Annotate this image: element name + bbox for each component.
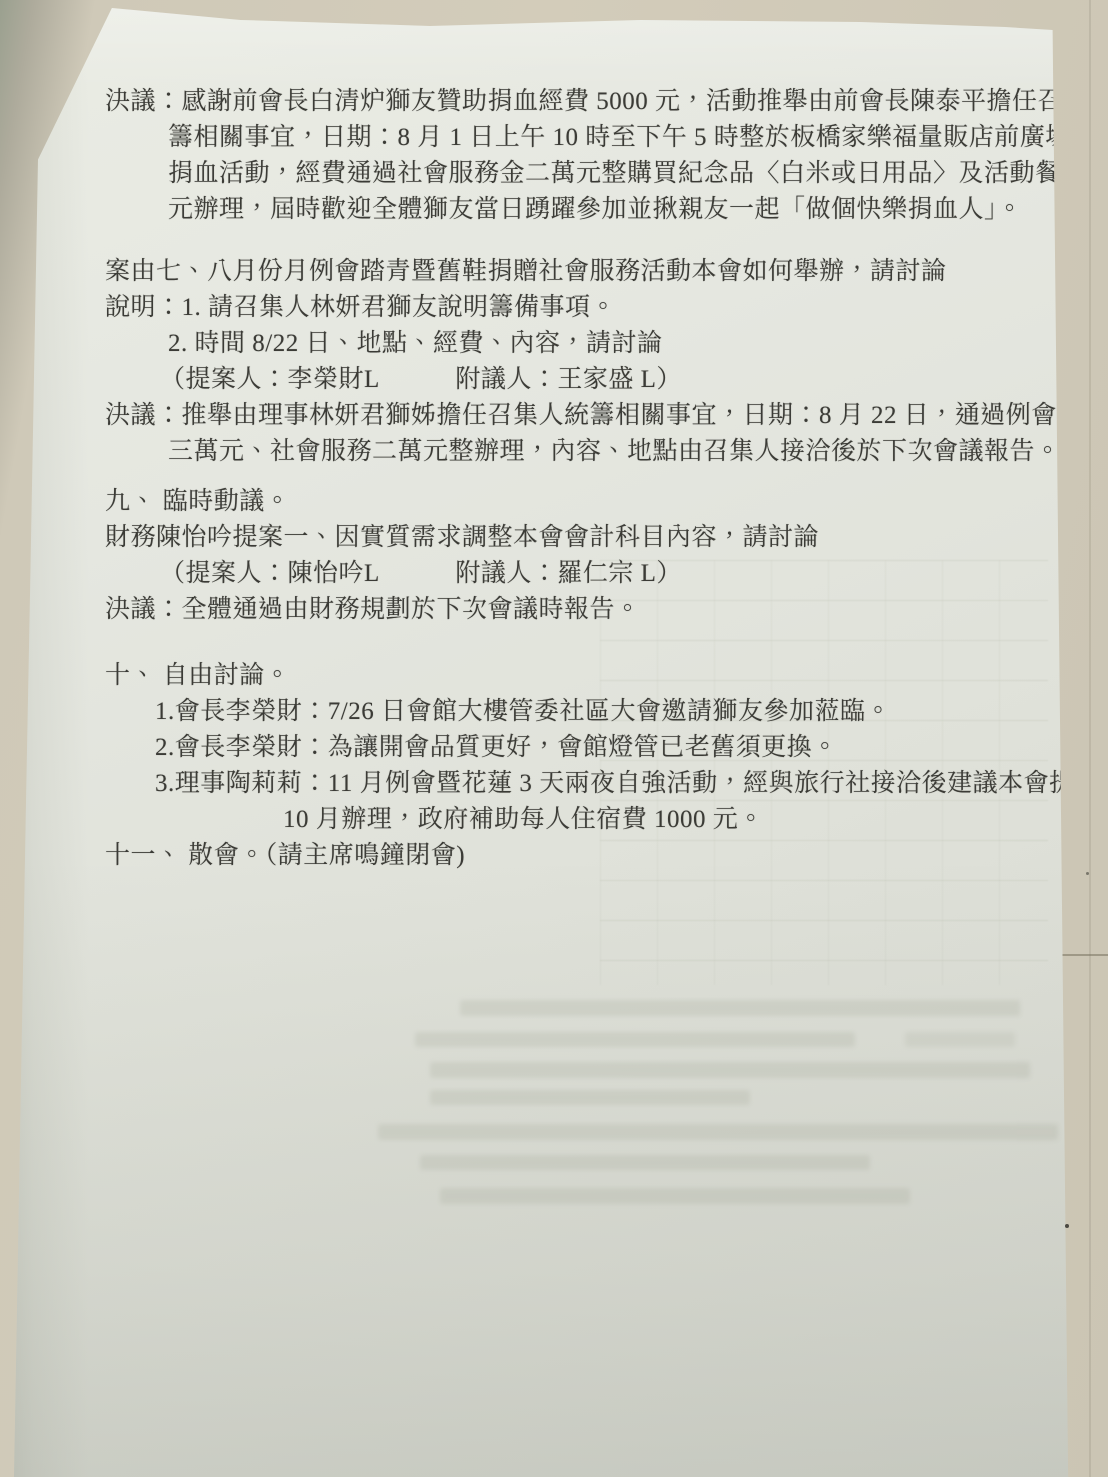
photo-scene: 決議：感謝前會長白清炉獅友贊助捐血經費 5000 元，活動推舉由前會長陳泰平擔任… <box>0 0 1108 1477</box>
document-line-resolution-case6: 決議：感謝前會長白清炉獅友贊助捐血經費 5000 元，活動推舉由前會長陳泰平擔任… <box>0 84 1108 120</box>
paper-sheet: 決議：感謝前會長白清炉獅友贊助捐血經費 5000 元，活動推舉由前會長陳泰平擔任… <box>0 0 1108 1477</box>
document-line-discussion-2: 2.會長李榮財：為讓開會品質更好，會館燈管已老舊須更換。 <box>0 730 1108 766</box>
document-line-discussion-3: 3.理事陶莉莉：11 月例會暨花蓮 3 天兩夜自強活動，經與旅行社接洽後建議本會… <box>0 766 1108 802</box>
document-line-motion: 財務陳怡吟提案一、因實質需求調整本會會計科目內容，請討論 <box>0 520 1108 556</box>
document-line-case7-title: 案由七、八月份月例會踏青暨舊鞋捐贈社會服務活動本會如何舉辦，請討論 <box>0 254 1108 290</box>
document-line: 捐血活動，經費通過社會服務金二萬元整購買紀念品〈白米或日用品〉及活動餐費 700… <box>0 156 1108 192</box>
dust-speck <box>1065 1224 1069 1228</box>
bleed-through-text-row <box>430 1062 1030 1078</box>
bleed-through-text-row <box>378 1124 1058 1140</box>
document-line: 三萬元、社會服務二萬元整辦理，內容、地點由召集人接洽後於下次會議報告。 <box>0 434 1108 470</box>
document-line-proposer: （提案人：李榮財L 附議人：王家盛 L） <box>0 362 1108 398</box>
document-line-item9-title: 九、 臨時動議。 <box>0 484 1108 520</box>
bleed-through-text-row <box>460 1000 1020 1016</box>
document-line: 2. 時間 8/22 日、地點、經費、內容，請討論 <box>0 326 1108 362</box>
bleed-through-text-row <box>420 1155 870 1170</box>
bleed-through-text-row <box>440 1188 910 1204</box>
document-line-item10-title: 十、 自由討論。 <box>0 658 1108 694</box>
document-line: 10 月辦理，政府補助每人住宿費 1000 元。 <box>0 802 1108 838</box>
document-line: 元辦理，屆時歡迎全體獅友當日踴躍參加並揪親友一起「做個快樂捐血人」。 <box>0 192 1108 228</box>
document-line: 籌相關事宜，日期：8 月 1 日上午 10 時至下午 5 時整於板橋家樂福量販店… <box>0 120 1108 156</box>
bleed-through-text-row <box>905 1032 1015 1047</box>
bleed-through-text-row <box>415 1032 855 1047</box>
document-line-discussion-1: 1.會長李榮財：7/26 日會館大樓管委社區大會邀請獅友參加蒞臨。 <box>0 694 1108 730</box>
document-line-explanation: 說明：1. 請召集人林妍君獅友說明籌備事項。 <box>0 290 1108 326</box>
document-line-resolution-case7: 決議：推舉由理事林妍君獅姊擔任召集人統籌相關事宜，日期：8 月 22 日，通過例… <box>0 398 1108 434</box>
bleed-through-text-row <box>430 1090 750 1105</box>
table-seam-horizontal <box>1055 954 1108 956</box>
document-content: 決議：感謝前會長白清炉獅友贊助捐血經費 5000 元，活動推舉由前會長陳泰平擔任… <box>0 84 1108 874</box>
document-line-item11-adjourn: 十一、 散會。（請主席鳴鐘閉會) <box>0 838 1108 874</box>
document-line-proposer: （提案人：陳怡吟L 附議人：羅仁宗 L） <box>0 556 1108 592</box>
dust-speck <box>1086 872 1089 875</box>
table-seam-vertical <box>1089 0 1091 1477</box>
document-line-resolution-motion: 決議：全體通過由財務規劃於下次會議時報告。 <box>0 592 1108 628</box>
